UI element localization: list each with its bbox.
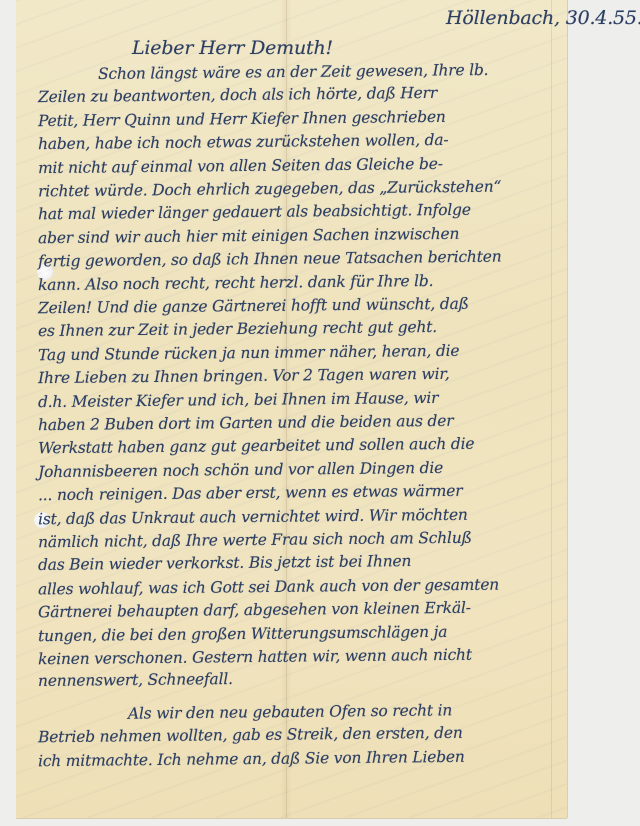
- letter-line: es Ihnen zur Zeit in jeder Beziehung rec…: [38, 317, 437, 341]
- place-and-date: Höllenbach, 30.4.55.: [446, 8, 640, 28]
- letter-line: richtet würde. Doch ehrlich zugegeben, d…: [38, 177, 501, 202]
- letter-line: das Bein wieder verkorkst. Bis jetzt ist…: [38, 551, 411, 575]
- letter-line: kann. Also noch recht, recht herzl. dank…: [38, 271, 434, 295]
- letter-line: keinen verschonen. Gestern hatten wir, w…: [38, 645, 472, 670]
- letter-line: Johannisbeeren noch schön und vor allen …: [38, 458, 443, 482]
- letter-line: Als wir den neu gebauten Ofen so recht i…: [128, 700, 452, 723]
- letter-line: Tag und Stunde rücken ja nun immer näher…: [38, 341, 460, 365]
- letter-line: mit nicht auf einmal von allen Seiten da…: [38, 153, 443, 177]
- letter-line: hat mal wieder länger gedauert als beabs…: [38, 200, 471, 225]
- letter-line: Ihre Lieben zu Ihnen bringen. Vor 2 Tage…: [38, 364, 450, 388]
- letter-line: Petit, Herr Quinn und Herr Kiefer Ihnen …: [38, 107, 446, 131]
- letter-line: Betrieb nehmen wollten, gab es Streik, d…: [38, 723, 463, 747]
- letter-line: ich mitmachte. Ich nehme an, daß Sie von…: [38, 746, 465, 770]
- letter-line: Zeilen! Und die ganze Gärtnerei hofft un…: [38, 294, 469, 319]
- salutation: Lieber Herr Demuth!: [132, 38, 333, 58]
- letter-line: Zeilen zu beantworten, doch als ich hört…: [38, 83, 437, 107]
- letter-line: tungen, die bei den großen Witterungsums…: [38, 621, 447, 645]
- letter-line: haben 2 Buben dort im Garten und die bei…: [38, 411, 454, 435]
- letter-page: Höllenbach, 30.4.55. Lieber Herr Demuth!…: [16, 0, 567, 818]
- letter-line: alles wohlauf, was ich Gott sei Dank auc…: [38, 574, 499, 599]
- letter-line: Schon längst wäre es an der Zeit gewesen…: [98, 60, 489, 84]
- letter-line: d.h. Meister Kiefer und ich, bei Ihnen i…: [38, 387, 439, 411]
- letter-line: Werkstatt haben ganz gut gearbeitet und …: [38, 434, 474, 459]
- letter-line: aber sind wir auch hier mit einigen Sach…: [38, 224, 459, 248]
- letter-line: nämlich nicht, daß Ihre werte Frau sich …: [38, 528, 472, 553]
- letter-line: ... noch reinigen. Das aber erst, wenn e…: [38, 481, 463, 505]
- letter-line: haben, habe ich noch etwas zurückstehen …: [38, 130, 449, 154]
- letter-line: nennenswert, Schneefall.: [38, 669, 233, 691]
- letter-line: Gärtnerei behaupten darf, abgesehen von …: [38, 598, 471, 623]
- letter-line: ist, daß das Unkraut auch vernichtet wir…: [38, 504, 468, 528]
- letter-line: fertig geworden, so daß ich Ihnen neue T…: [38, 247, 502, 272]
- paper-fold-line: [551, 0, 552, 818]
